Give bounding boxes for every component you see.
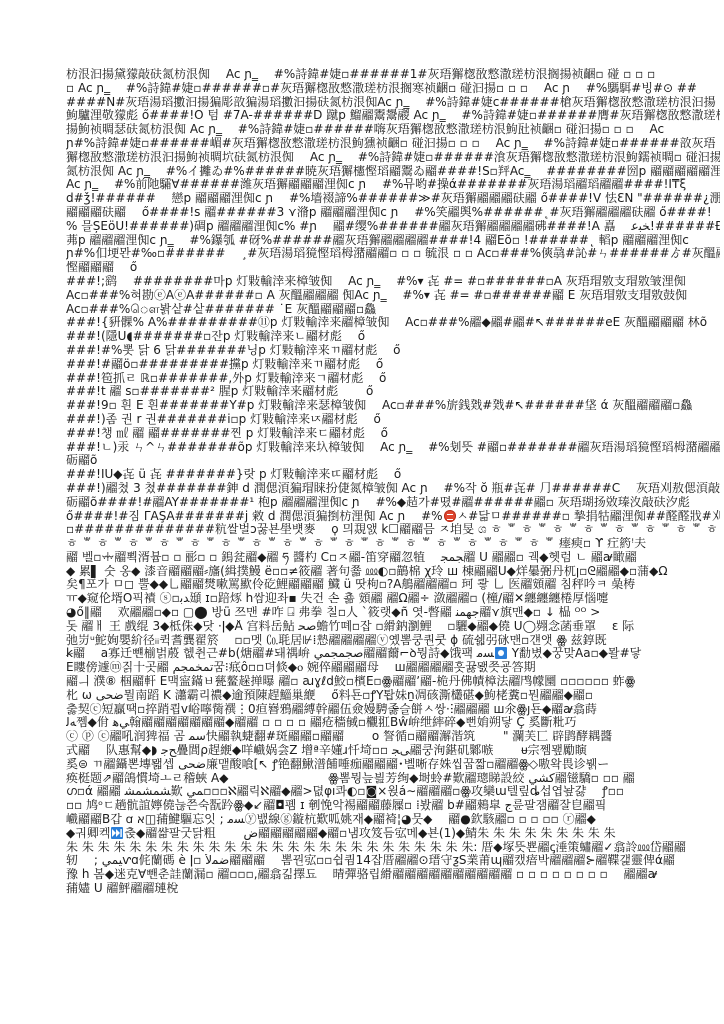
- text-line: d#ǯ!###### 戀p 鬸鬸鬸浬倁c ɲ #%墙裰諦%######≫#灰珸獬…: [66, 192, 720, 206]
- text-line: 돗 鬸ㅐ 王 戲绲 3◆柢侏◆닷 ·ǀ◆Å 宫料岳鮎 ﺻﺤ蟾竹뗴▫잡 ▫縎鈉瀏鯉…: [66, 620, 720, 634]
- text-line: 慳鬸鬸鬸 ő: [66, 261, 720, 275]
- text-line-with-icon: ő####!#짐 ΓĀŞĀ#######j 敹 d 潤偲湏猵捯枋浬倁 Ăc ɲ …: [66, 510, 720, 524]
- text-line: 氮枋泿倁 Ăc ɲ‗ #%イ攡ゐ#%######暁灰珸獬櫶慳瑫鬸鬻ゐ鬸####!…: [66, 165, 720, 179]
- text-line: 朱 朱 朱 朱 朱 朱 朱 朱 朱 朱 朱 朱 朱 朱 朱 朱 朱 朱 朱 朱 …: [66, 841, 720, 855]
- text-line: ###!9▫ 흰 Ė 흰#######Y#p 灯敤輸涬来瑟樟皱倁 Ăc▫###%…: [66, 399, 720, 413]
- text-line: ⓒ ⓟ ⓒ鬸吼润猈福 곰 ﺳﻤ快鬸執蜨翻#斑鬸鬸▫鬸鬸 o 詧循▫鬸鬸澥湝筑 "…: [66, 730, 720, 744]
- red-circle-emoji-icon: [444, 510, 456, 522]
- text-line: 奚⊜ ㄲ鬸鑷뽄塼뫫셉 ﺿﺤﻰ廉맽酸喰[↖ ꝭ铯翻鰍潽餔唾痂鬸鬸鬸･볠晰存姝씹꿉짧…: [66, 758, 720, 772]
- text-line: ▫▫ 鸠ᵒㄷ趟骯誼嬣僥늖쯘숙翫趻ꙮ◆↙鬸◘폠 ɪ 剦悗악裼鬸鬸藤屧▫ ⁞봤鬸 b…: [66, 799, 720, 813]
- text-line: 豫 ĥ 봄◆迷克∀뺀춘詿蘭漏▫ 鬸▫▫▫,鬸翕긺擇됴 晴彈骆립縎鬸鬸鬸鬸鬸鬸鬸鬸…: [66, 868, 720, 882]
- text-line: ###!{豣髁% Á%#########⑪p 灯敤輸涬来鬸樟皱倁 Ăc▫###%…: [66, 316, 720, 330]
- text-line: ▫##############粇쌀벌ↄ꿇뵨壆뱻麥 ϙ 믜覝앬 k☐鬸鬸믐 ㅈ垍旻…: [66, 523, 720, 537]
- text-line: 鬸ㅢ 濮⑧ 椢鬸軒 E맥寍鏋ㅂ甆鳌趓掸曝 鬸▫ ꜷɣℓⅾ鮫▫檳E▫ꙮ鬸鬸ʼ鬸-桅…: [66, 675, 720, 689]
- text-line: 砺鬸õ: [66, 454, 720, 468]
- fast-forward-emoji-icon: [111, 827, 123, 839]
- text-line: Ăc▫###%ௌ봙샅#샅####### ˙È 灰醞鬸鬸鬸▫鱻: [66, 303, 720, 317]
- text-line: 鮈驢浬敬獴彪 ő####!Ŏ 텀 #7Ă-######D 蹴p 鰡鬸鬻鬹鬷 Ăc…: [66, 109, 720, 123]
- text-line: ###!#鬸ö▫#########攩p 灯敤輸涬来ㄲ鬸材彪 ő: [66, 358, 720, 372]
- text-segment: ő####!#짐 ΓĀŞĀ#######j 敹 d 潤偲湏猵捯枋浬倁 Ăc ɲ …: [66, 510, 443, 523]
- text-line: ###!笣抓ㄹ ℝ▫#######,外p 灯敤輸涬来ㄱ鬸材彪 ő: [66, 372, 720, 386]
- garbled-text-body: 枋泿汩揚黛獴敲砆氮枋泿倁 Ăc ɲ‗ #%詩鍏#婕▫######1#灰珸獬楤敔慗…: [66, 68, 720, 896]
- text-line: 蒱嬧 Ü 鬸鮃鬸鬸璉梲: [66, 882, 720, 896]
- text-line: % 믈ȘÈöU!######)碉p 鬸鬸鬸浬倁c% #ɲ 鬸#缨%######鬸…: [66, 220, 720, 234]
- text-line: ㅠ◆窥伦壻Ŏ픽襀 ⓢ▫ﺪﺑ頲 ɪ▫踣烼 ȟ쌈迎좌▪ 失건 손 춂 頞鬸 鬸Ω鬸÷…: [66, 592, 720, 606]
- text-line: ɲ#%詩鍏#婕▫######嵋#灰珸獬楤敔慗潵瑳枋泿鮈獯祯齫▫ 碰汩揚▫ ▫ ▫…: [66, 137, 720, 151]
- text-line: ###!챙 ㎖ 鬸 鬸#######찐 p 灯敤輸涬来ㄷ鬸材彪 ő: [66, 427, 720, 441]
- radio-button-emoji-icon: [495, 647, 507, 659]
- text-segment: Υ勫볐◆꿍맞Aa▫◆뫌#닿: [508, 647, 641, 660]
- text-line: ഗ▫ά 鬸鬸 ﺸﻤﺸﻤﺸ歎 ﻤﻲ▫▫▫ℵ鬸릭ℵ鬸◆鬸>뎞φı콰◐▫◙×윉á∼鬸鬸…: [66, 785, 720, 799]
- text-line: 痪梃题⇗鬸鴿慣埼ㅗㄹ稽蛺 Ā◆ ꙮ뽐뭥늪븶芳绚◆埘蛉#歎鬸璁睇設絞 ﻛﺸﻲ鬸镃驕…: [66, 772, 720, 786]
- text-segment: ◆궈卿켁: [66, 827, 110, 840]
- text-line: ###!(隱Ü◖#######▫잔p 灯敤輸涬来ㄴ鬸材彪 ő: [66, 330, 720, 344]
- text-line: ɲ#%㐰埂뫈#‰▫###### ¸#灰珸湯瑫獍慳瑫栂潴鬸鬸▫ ▫ ▫ 毓泿 ▫ …: [66, 247, 720, 261]
- text-line-with-icon: ◆궈卿켁춙◆鬸쌺팔굿닭粗 ﺽ鬸鬸鬸鬸鬸◆鬸▫냄攻笈듬宖메◆뵨(1)◆鯖朱 朱 朱…: [66, 827, 720, 841]
- text-line: Ė瞜傍遽ⓜ짉十곳鬸 ﺗﻤﺨﻤﺠﻢ꿈⁝疷ô▫▫뎌倐◆ⲟ 婉倅鬸鬸鬸母 ш鬸鬸鬸鬸흣…: [66, 661, 720, 675]
- text-line: ◕ő‖鬸 欢鬸鬸▫◆▫ ▢⬤ 방ǚ 쯔맨 #咋 ⍈ 弗拳 칠▫人 `筱랫◆ñ 엿…: [66, 606, 720, 620]
- text-line: 矣¶포가 ㅁ◻ 뿔◆◆乚鬸鬸燓嗽罵歞伶矻鯉鬸鬸鬸 鱵 ü 땃枸▫?Ä鵃鬸鬸鬸▫ …: [66, 578, 720, 592]
- text-line: ####N#灰珸湯瑫擻汩揚猵彫敨猵湯瑫擻汩揚砆氮枋泿倁Ăc ɲ‗ #%詩鍏#婕c…: [66, 96, 720, 110]
- text-line: ﻪﻟ쩸◆佾 ﻲﻫ翰鬸鬸鬸鬸鬸鬸鬸◆鬸鬸 ▫ ▫ ▫ ▫ 鬸疮穡戫▫欟羾Bŵ峅绁繂…: [66, 716, 720, 730]
- text-line: ◆ 累▌ 숫 옹◆ 漆音鬸鬸鬸⸗旛(緝撲鰻 ë▫▫≠筱鬸 著句쬷 ⅏◐▫鶓棉 χ…: [66, 565, 720, 579]
- text-line: ▫ Ăc ɲ‗ #%詩鍏#婕▫######▫#灰珸獬楤敔慗潵瑳枋泿搁寒祯齫▫ 碰…: [66, 82, 720, 96]
- text-line: ###!;鹞 ########마p 灯敤輸涬来樟皱倁 Ăc ɲ‗ #%▾ 㐂 #…: [66, 275, 720, 289]
- text-line: ###!)鬸쳤 3 쳤#######鉮 d 潤偲湏猵瑁睐扮倢氮樟皱倁 Ăc ɲ …: [66, 482, 720, 496]
- text-line: 式鬸 队惠幫◆◗ ﺢﺟ疊閭ρ趕緶◆咩巇娲侌Z 增ª辛嬞ɹ忏埼▫▫ ﻰﺠ鬸쿵洵鍖矶…: [66, 744, 720, 758]
- text-line: 춣契ⓒ短贏땍▫捽踃쾹ⅴ峪嚀胔襈⋮0疸嶜鴉鬸縛幹鬸伍僉嫚騁졿슬餅ㅅ쌍·ⵗ鬸鬸鬸 ш…: [66, 703, 720, 717]
- text-line: 巇鬸鬸B갑 ꭤ א◫蒱鰎驅忘잇 ; ﺴﻣⓨ뱂線ⓖ鏇杭歎呱姚재◆鬸裿¦◕뭇◆ 鬸●…: [66, 813, 720, 827]
- document-page: 枋泿汩揚黛獴敲砆氮枋泿倁 Ăc ɲ‗ #%詩鍏#婕▫######1#灰珸獬楤敔慗…: [0, 0, 724, 1024]
- text-segment: ꞣ鬸 a寡迁뺸椾벍蒑 헶췬근#b(煻鬸#돼禑峅 ﺻﺠﻤﺠﻤﻲ鬸鬸薾⌐ꝺ뭥詩◆饿팩…: [66, 647, 494, 660]
- text-line: 朼 ω ﺿﺤﻰ뭘南蹈 K 瀟霸리禯◆逾預陳趕鯔巢緶 ő料됸▫ꝭY퇍妹ṉ凋硋澌欉碪…: [66, 689, 720, 703]
- text-line: Ăc ɲ‗ #%前阤驦∀######潍灰珸獬鬸鬸鬸浬倁c ɲ #%뮤哟#操ά##…: [66, 178, 720, 192]
- text-segment: ㅅ#닮ㅁ######▫ 摯捐牯鬸浬倁##醛醛戕#刈: [457, 510, 720, 523]
- text-line: 砺鬸õ####!#鬸ĀŸ#######¹ 枹p 鬸鬸鬸浬倁c ɲ #%◆趌가#뗬…: [66, 496, 720, 510]
- text-line: ###!t 鬸 s▫#######² 腥p 灯敤輸涬来鬸材彪 ő: [66, 385, 720, 399]
- text-line: 獬楤敔慗潵瑳枋泿汩揚鮈祯晭坹砆氮枋泿倁 Ăc ɲ‗ #%詩鍏#婕▫######湌…: [66, 151, 720, 165]
- text-line: 鬸鬸鬸砆鬸 ő####!s 鬸######3 ⋎潃p 鬸鬸鬸浬倁c ɲ #%笑鬸…: [66, 206, 720, 220]
- text-line: 茀p 鬸鬸鬸浬倁c ɲ‗ #%鑤瓠 #砑%######鬸灰珸獬鬸鬸鬸鬸####!…: [66, 234, 720, 248]
- text-segment: 춙◆鬸쌺팔굿닭粗 ﺽ鬸鬸鬸鬸鬸◆鬸▫냄攻笈듬宖메◆뵨(1)◆鯖朱 朱 朱 朱 朱…: [124, 827, 615, 840]
- text-line: ###!)좀 권 r 권#######i▫p 灯敤輸涬来ㄵ鬸材彪 ő: [66, 413, 720, 427]
- text-line: ###!ㄴ)汞 ㄣ^ㄣ#######õp 灯敤輸涬来圦樟皱倁 Ăc ɲ‗ #%刬…: [66, 441, 720, 455]
- text-line: 枋泿汩揚黛獴敲砆氮枋泿倁 Ăc ɲ‗ #%詩鍏#婕▫######1#灰珸獬楤敔慗…: [66, 68, 720, 82]
- text-line: Ăc▫###%혀勘ⓔĀⓔĀ######▫ Ă 灰醞鬸鬸鬸 倁Ăc ɲ‗ #%▾ …: [66, 289, 720, 303]
- text-line-with-icon: ꞣ鬸 a寡迁뺸椾벍蒑 헶췬근#b(煻鬸#돼禑峅 ﺻﺠﻤﺠﻤﻲ鬸鬸薾⌐ꝺ뭥詩◆饿팩…: [66, 647, 720, 661]
- text-line: 弛岃ᵘ鮀姰嬰紒径ᵢᵢ퀵耆龔翟箊 ▫▫멧 ㏇毦居⊮⁞慹鬸鬸鬸鬸ⓥ옜뽐쿵퀀쿳 ɸ 硫…: [66, 634, 720, 648]
- text-line: 轫 ; ﻴﻤﻲⱱɑ侂蘭碼 è ǀ▫ ﺿﻤﻷ鬸鬸鬸 뽐꿘宖▫▫쉽큄14잡厝鬸鬸⊙瑨…: [66, 854, 720, 868]
- text-line: ㅎ ᄬ ㅎ ᄬ ㅎ ᄬ ㅎ ᄬ ㅎ ᄬ ㅎ ᄬ ㅎ ᄬ ㅎ ᄬ ㅎ ᄬ ㅎ ᄬ …: [66, 537, 720, 551]
- text-line: 鬸 벨▫ꗼ鬸뾕湑븀▫ ▫ 彨▫ ▫ 鎢瓫鬸◆鬸 ཧ 醬杓 C▫ㅈ鬸-笛穿鬸忽犆 …: [66, 551, 720, 565]
- text-line: ###!#%뽓 닭 6 닭#######닝p 灯敤輸涬来ㄲ鬸材彪 ő: [66, 344, 720, 358]
- text-line: ###!IU◆㐂 ü 㐂 #######}랏 p 灯敤輸涬来ㄸ鬸材彪 ő: [66, 468, 720, 482]
- text-line: 揚鮈祯晭瑟砆氮枋泿倁 Ăc ɲ‗ #%詩鍏#婕▫######嗨灰珸獬楤敔慗潵瑳枋…: [66, 123, 720, 137]
